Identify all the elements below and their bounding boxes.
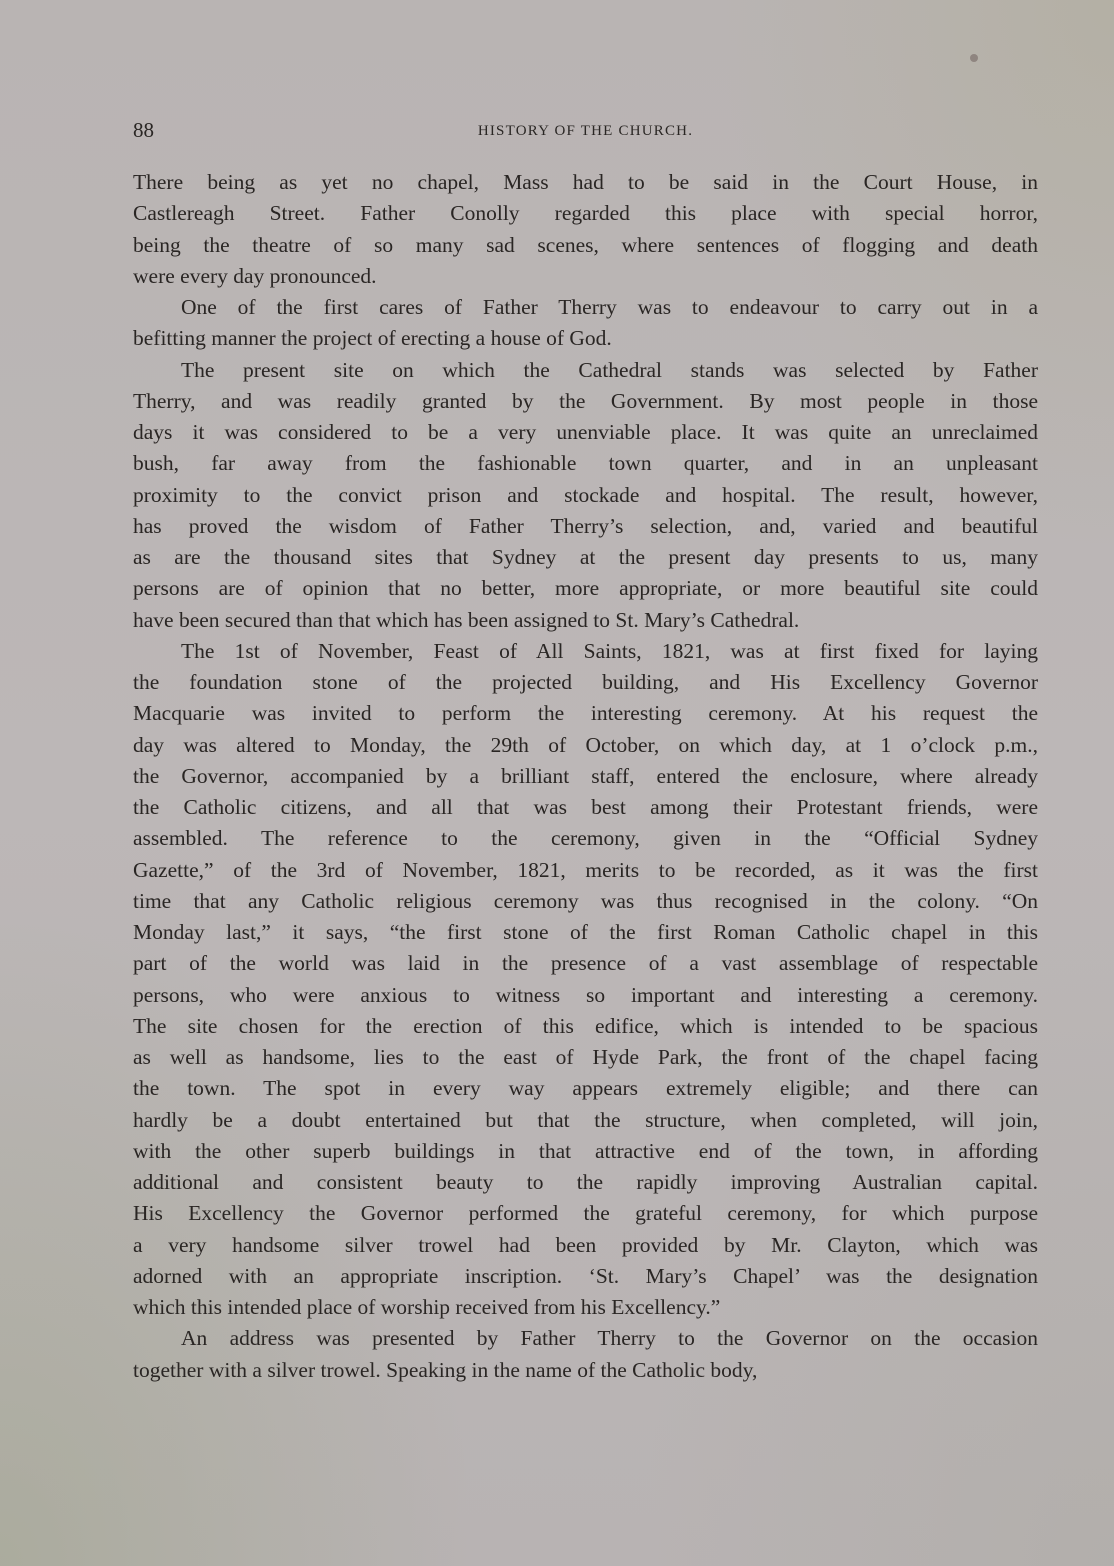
text-line: befitting manner the project of erecting… <box>133 323 1038 354</box>
running-head: 88 HISTORY OF THE CHURCH. <box>133 118 1038 142</box>
text-line: day was altered to Monday, the 29th of O… <box>133 730 1038 761</box>
text-line: The present site on which the Cathedral … <box>133 355 1038 386</box>
text-line: additional and consistent beauty to the … <box>133 1167 1038 1198</box>
scanned-book-page: 88 HISTORY OF THE CHURCH. There being as… <box>0 0 1114 1566</box>
text-line: Therry, and was readily granted by the G… <box>133 386 1038 417</box>
text-line: have been secured than that which has be… <box>133 605 1038 636</box>
text-line: which this intended place of worship rec… <box>133 1292 1038 1323</box>
text-line: Monday last,” it says, “the first stone … <box>133 917 1038 948</box>
paper-blemish <box>970 54 978 62</box>
text-line: persons are of opinion that no better, m… <box>133 573 1038 604</box>
text-line: adorned with an appropriate inscription.… <box>133 1261 1038 1292</box>
text-line: a very handsome silver trowel had been p… <box>133 1230 1038 1261</box>
text-line: proximity to the convict prison and stoc… <box>133 480 1038 511</box>
text-line: An address was presented by Father Therr… <box>133 1323 1038 1354</box>
text-line: the foundation stone of the projected bu… <box>133 667 1038 698</box>
paragraph: There being as yet no chapel, Mass had t… <box>133 167 1038 292</box>
text-line: One of the first cares of Father Therry … <box>133 292 1038 323</box>
text-line: The 1st of November, Feast of All Saints… <box>133 636 1038 667</box>
text-line: were every day pronounced. <box>133 261 1038 292</box>
text-line: bush, far away from the fashionable town… <box>133 448 1038 479</box>
paragraph: An address was presented by Father Therr… <box>133 1323 1038 1386</box>
text-line: The site chosen for the erection of this… <box>133 1011 1038 1042</box>
text-line: days it was considered to be a very unen… <box>133 417 1038 448</box>
text-line: as are the thousand sites that Sydney at… <box>133 542 1038 573</box>
text-line: the Catholic citizens, and all that was … <box>133 792 1038 823</box>
paragraph: One of the first cares of Father Therry … <box>133 292 1038 355</box>
text-line: the Governor, accompanied by a brilliant… <box>133 761 1038 792</box>
text-line: There being as yet no chapel, Mass had t… <box>133 167 1038 198</box>
text-line: hardly be a doubt entertained but that t… <box>133 1105 1038 1136</box>
text-line: together with a silver trowel. Speaking … <box>133 1355 1038 1386</box>
text-line: the town. The spot in every way appears … <box>133 1073 1038 1104</box>
text-line: Castlereagh Street. Father Conolly regar… <box>133 198 1038 229</box>
text-line: assembled. The reference to the ceremony… <box>133 823 1038 854</box>
text-line: has proved the wisdom of Father Therry’s… <box>133 511 1038 542</box>
text-line: Macquarie was invited to perform the int… <box>133 698 1038 729</box>
text-line: with the other superb buildings in that … <box>133 1136 1038 1167</box>
text-line: part of the world was laid in the presen… <box>133 948 1038 979</box>
paragraph: The 1st of November, Feast of All Saints… <box>133 636 1038 1324</box>
body-text: There being as yet no chapel, Mass had t… <box>133 167 1038 1386</box>
running-title: HISTORY OF THE CHURCH. <box>133 120 1038 142</box>
text-line: persons, who were anxious to witness so … <box>133 980 1038 1011</box>
text-line: His Excellency the Governor performed th… <box>133 1198 1038 1229</box>
text-line: being the theatre of so many sad scenes,… <box>133 230 1038 261</box>
text-line: time that any Catholic religious ceremon… <box>133 886 1038 917</box>
text-line: as well as handsome, lies to the east of… <box>133 1042 1038 1073</box>
text-line: Gazette,” of the 3rd of November, 1821, … <box>133 855 1038 886</box>
paragraph: The present site on which the Cathedral … <box>133 355 1038 636</box>
